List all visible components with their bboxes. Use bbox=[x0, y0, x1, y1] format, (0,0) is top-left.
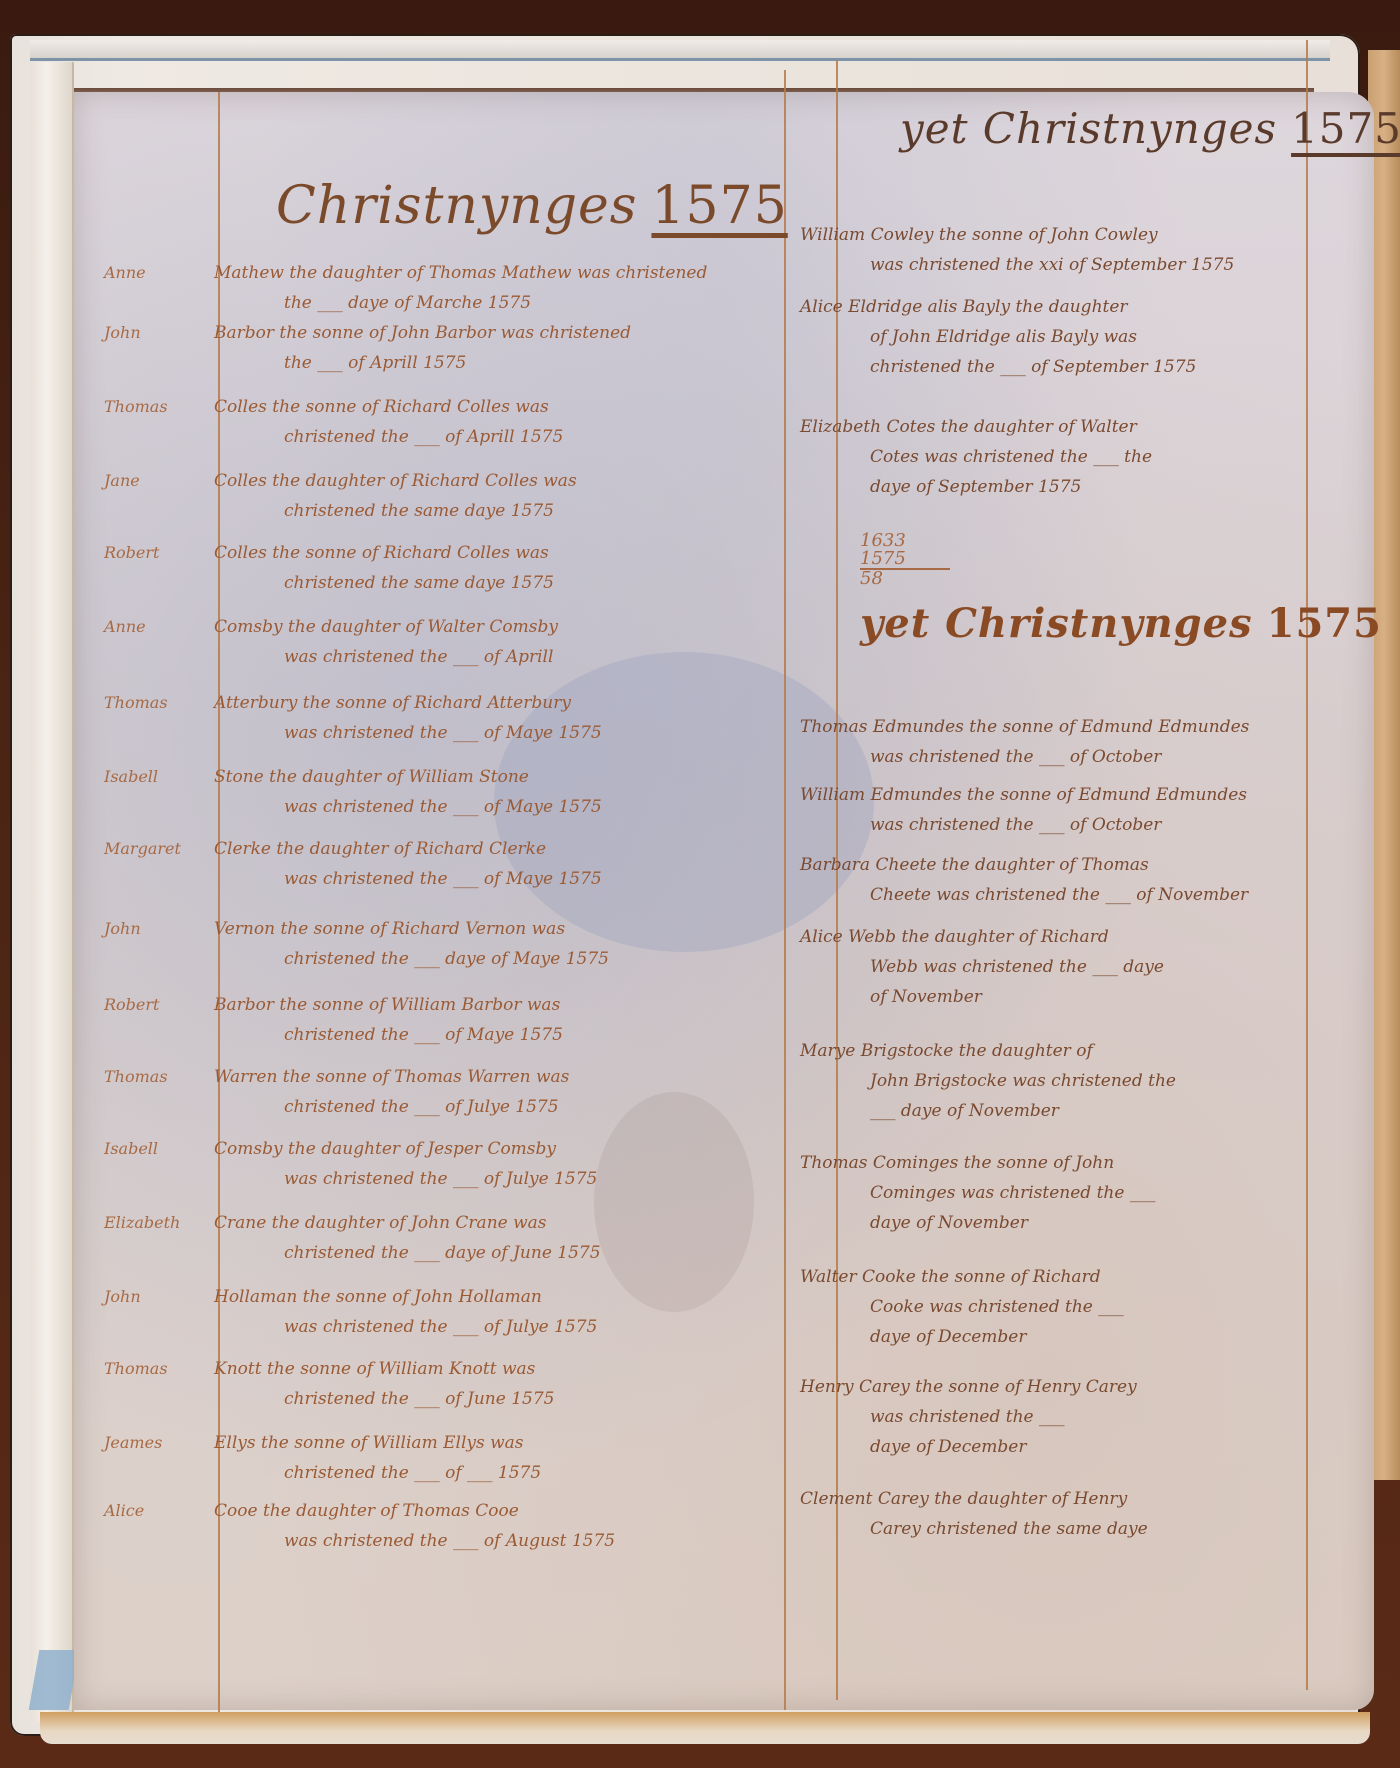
entry-line: Cotes was christened the ___ the bbox=[800, 442, 1152, 472]
heading-text: yet Christnynges bbox=[860, 600, 1253, 647]
entry-line: Colles the sonne of Richard Colles was bbox=[214, 397, 549, 417]
binding-top-fold bbox=[30, 40, 1330, 61]
register-entry: ThomasKnott the sonne of William Knott w… bbox=[214, 1354, 554, 1414]
margin-rule-right bbox=[1306, 40, 1308, 1690]
entry-margin-name: Robert bbox=[104, 538, 204, 568]
entry-margin-name: John bbox=[104, 318, 204, 348]
register-entry: ElizabethCrane the daughter of John Cran… bbox=[214, 1208, 601, 1268]
register-entry: AliceCooe the daughter of Thomas Cooewas… bbox=[214, 1496, 615, 1556]
entry-line: was christened the ___ bbox=[800, 1402, 1137, 1432]
entry-line: John Brigstocke was christened the bbox=[800, 1066, 1176, 1096]
right-column-heading-mid: yet Christnynges1575 bbox=[860, 600, 1382, 647]
register-entry: JeamesEllys the sonne of William Ellys w… bbox=[214, 1428, 541, 1488]
register-entry: JaneColles the daughter of Richard Colle… bbox=[214, 466, 577, 526]
entry-line: christened the ___ of Maye 1575 bbox=[214, 1020, 563, 1050]
entry-margin-name: Thomas bbox=[104, 1354, 204, 1384]
entry-margin-name: Jane bbox=[104, 466, 204, 496]
register-entry: Barbara Cheete the daughter of ThomasChe… bbox=[800, 850, 1248, 910]
entry-line: was christened the ___ of Maye 1575 bbox=[214, 718, 602, 748]
tally-line: 58 bbox=[860, 570, 950, 588]
entry-line: was christened the ___ of Maye 1575 bbox=[214, 864, 602, 894]
register-entry: JohnBarbor the sonne of John Barbor was … bbox=[214, 318, 631, 378]
entry-line: Mathew the daughter of Thomas Mathew was… bbox=[214, 263, 707, 283]
register-entry: JohnVernon the sonne of Richard Vernon w… bbox=[214, 914, 609, 974]
entry-line: Thomas Edmundes the sonne of Edmund Edmu… bbox=[800, 717, 1249, 737]
entry-line: Carey christened the same daye bbox=[800, 1514, 1148, 1544]
entry-line: christened the ___ daye of June 1575 bbox=[214, 1238, 601, 1268]
register-entry: Walter Cooke the sonne of RichardCooke w… bbox=[800, 1262, 1124, 1352]
entry-line: Stone the daughter of William Stone bbox=[214, 767, 529, 787]
register-entry: AnneComsby the daughter of Walter Comsby… bbox=[214, 612, 558, 672]
entry-line: Colles the daughter of Richard Colles wa… bbox=[214, 471, 577, 491]
entry-line: Vernon the sonne of Richard Vernon was bbox=[214, 919, 565, 939]
entry-line: christened the ___ of Aprill 1575 bbox=[214, 422, 563, 452]
register-entry: Alice Eldridge alis Bayly the daughterof… bbox=[800, 292, 1196, 382]
entry-margin-name: Isabell bbox=[104, 762, 204, 792]
register-entry: William Cowley the sonne of John Cowleyw… bbox=[800, 220, 1234, 280]
left-column-heading: Christnynges1575 bbox=[276, 176, 788, 236]
entry-line: Comsby the daughter of Walter Comsby bbox=[214, 617, 558, 637]
entry-line: Warren the sonne of Thomas Warren was bbox=[214, 1067, 569, 1087]
entry-line: Thomas Cominges the sonne of John bbox=[800, 1153, 1114, 1173]
entry-margin-name: Margaret bbox=[104, 834, 204, 864]
register-entry: ThomasAtterbury the sonne of Richard Att… bbox=[214, 688, 602, 748]
entry-line: Henry Carey the sonne of Henry Carey bbox=[800, 1377, 1137, 1397]
entry-line: William Cowley the sonne of John Cowley bbox=[800, 225, 1158, 245]
entry-margin-name: Robert bbox=[104, 990, 204, 1020]
register-entry: ThomasWarren the sonne of Thomas Warren … bbox=[214, 1062, 569, 1122]
entry-margin-name: Anne bbox=[104, 258, 204, 288]
entry-line: christened the same daye 1575 bbox=[214, 496, 577, 526]
tally-line: 1575 bbox=[860, 550, 950, 570]
entry-margin-name: John bbox=[104, 1282, 204, 1312]
entry-line: Walter Cooke the sonne of Richard bbox=[800, 1267, 1101, 1287]
entry-line: William Edmundes the sonne of Edmund Edm… bbox=[800, 785, 1247, 805]
register-entry: RobertColles the sonne of Richard Colles… bbox=[214, 538, 554, 598]
heading-text: Christnynges bbox=[276, 176, 637, 236]
entry-margin-name: Jeames bbox=[104, 1428, 204, 1458]
entry-line: daye of November bbox=[800, 1208, 1155, 1238]
entry-line: daye of September 1575 bbox=[800, 472, 1152, 502]
register-entry: Henry Carey the sonne of Henry Careywas … bbox=[800, 1372, 1137, 1462]
register-entry: IsabellStone the daughter of William Sto… bbox=[214, 762, 602, 822]
entry-line: was christened the ___ of October bbox=[800, 810, 1247, 840]
entry-line: Clement Carey the daughter of Henry bbox=[800, 1489, 1127, 1509]
entry-margin-name: Anne bbox=[104, 612, 204, 642]
entry-line: Cooke was christened the ___ bbox=[800, 1292, 1124, 1322]
entry-margin-name: Thomas bbox=[104, 1062, 204, 1092]
register-entry: Elizabeth Cotes the daughter of WalterCo… bbox=[800, 412, 1152, 502]
entry-line: Barbor the sonne of John Barbor was chri… bbox=[214, 323, 631, 343]
stain bbox=[594, 1092, 754, 1312]
entry-line: the ___ daye of Marche 1575 bbox=[214, 288, 707, 318]
entry-line: Ellys the sonne of William Ellys was bbox=[214, 1433, 524, 1453]
heading-year: 1575 bbox=[651, 176, 787, 236]
entry-line: christened the ___ of June 1575 bbox=[214, 1384, 554, 1414]
entry-line: of November bbox=[800, 982, 1164, 1012]
register-entry: IsabellComsby the daughter of Jesper Com… bbox=[214, 1134, 597, 1194]
entry-line: Hollaman the sonne of John Hollaman bbox=[214, 1287, 542, 1307]
register-entry: AnneMathew the daughter of Thomas Mathew… bbox=[214, 258, 707, 318]
binding-left-fold bbox=[30, 62, 74, 1722]
entry-line: Knott the sonne of William Knott was bbox=[214, 1359, 535, 1379]
entry-line: daye of December bbox=[800, 1432, 1137, 1462]
entry-line: christened the ___ daye of Maye 1575 bbox=[214, 944, 609, 974]
entry-line: Cooe the daughter of Thomas Cooe bbox=[214, 1501, 519, 1521]
entry-margin-name: Thomas bbox=[104, 688, 204, 718]
entry-line: Comsby the daughter of Jesper Comsby bbox=[214, 1139, 556, 1159]
register-entry: JohnHollaman the sonne of John Hollamanw… bbox=[214, 1282, 597, 1342]
register-entry: Marye Brigstocke the daughter ofJohn Bri… bbox=[800, 1036, 1176, 1126]
register-entry: RobertBarbor the sonne of William Barbor… bbox=[214, 990, 563, 1050]
register-entry: Thomas Edmundes the sonne of Edmund Edmu… bbox=[800, 712, 1249, 772]
entry-line: was christened the ___ of Aprill bbox=[214, 642, 558, 672]
heading-year: 1575 bbox=[1291, 104, 1400, 153]
entry-line: was christened the ___ of October bbox=[800, 742, 1249, 772]
entry-margin-name: Alice bbox=[104, 1496, 204, 1526]
entry-line: daye of December bbox=[800, 1322, 1124, 1352]
register-entry: ThomasColles the sonne of Richard Colles… bbox=[214, 392, 563, 452]
entry-line: Cominges was christened the ___ bbox=[800, 1178, 1155, 1208]
entry-line: Alice Eldridge alis Bayly the daughter bbox=[800, 297, 1128, 317]
entry-line: Barbara Cheete the daughter of Thomas bbox=[800, 855, 1149, 875]
entry-line: Colles the sonne of Richard Colles was bbox=[214, 543, 549, 563]
register-entry: William Edmundes the sonne of Edmund Edm… bbox=[800, 780, 1247, 840]
entry-line: Clerke the daughter of Richard Clerke bbox=[214, 839, 546, 859]
entry-line: Marye Brigstocke the daughter of bbox=[800, 1041, 1093, 1061]
register-entry: Clement Carey the daughter of HenryCarey… bbox=[800, 1484, 1148, 1544]
entry-line: christened the ___ of September 1575 bbox=[800, 352, 1196, 382]
heading-text: yet Christnynges bbox=[900, 104, 1277, 153]
entry-line: ___ daye of November bbox=[800, 1096, 1176, 1126]
right-column-heading-top: yet Christnynges1575 bbox=[900, 104, 1400, 153]
entry-margin-name: Isabell bbox=[104, 1134, 204, 1164]
entry-line: Cheete was christened the ___ of Novembe… bbox=[800, 880, 1248, 910]
entry-line: Alice Webb the daughter of Richard bbox=[800, 927, 1109, 947]
heading-year: 1575 bbox=[1267, 600, 1382, 647]
entry-line: of John Eldridge alis Bayly was bbox=[800, 322, 1196, 352]
entry-margin-name: Thomas bbox=[104, 392, 204, 422]
entry-line: was christened the ___ of Julye 1575 bbox=[214, 1312, 597, 1342]
entry-line: was christened the ___ of August 1575 bbox=[214, 1526, 615, 1556]
entry-line: Elizabeth Cotes the daughter of Walter bbox=[800, 417, 1137, 437]
entry-line: christened the ___ of Julye 1575 bbox=[214, 1092, 569, 1122]
entry-line: Webb was christened the ___ daye bbox=[800, 952, 1164, 982]
entry-line: Barbor the sonne of William Barbor was bbox=[214, 995, 560, 1015]
register-entry: MargaretClerke the daughter of Richard C… bbox=[214, 834, 602, 894]
entry-line: was christened the ___ of Julye 1575 bbox=[214, 1164, 597, 1194]
entry-margin-name: Elizabeth bbox=[104, 1208, 204, 1238]
entry-line: christened the same daye 1575 bbox=[214, 568, 554, 598]
register-entry: Alice Webb the daughter of RichardWebb w… bbox=[800, 922, 1164, 1012]
entry-line: Atterbury the sonne of Richard Atterbury bbox=[214, 693, 571, 713]
margin-tally: 1633 1575 58 bbox=[860, 532, 950, 588]
entry-line: christened the ___ of ___ 1575 bbox=[214, 1458, 541, 1488]
entry-line: the ___ of Aprill 1575 bbox=[214, 348, 631, 378]
entry-line: was christened the ___ of Maye 1575 bbox=[214, 792, 602, 822]
column-rule-left-outer bbox=[784, 70, 786, 1710]
binding-bottom-edge bbox=[40, 1712, 1370, 1744]
entry-line: was christened the xxi of September 1575 bbox=[800, 250, 1234, 280]
entry-line: Crane the daughter of John Crane was bbox=[214, 1213, 547, 1233]
register-entry: Thomas Cominges the sonne of JohnCominge… bbox=[800, 1148, 1155, 1238]
entry-margin-name: John bbox=[104, 914, 204, 944]
